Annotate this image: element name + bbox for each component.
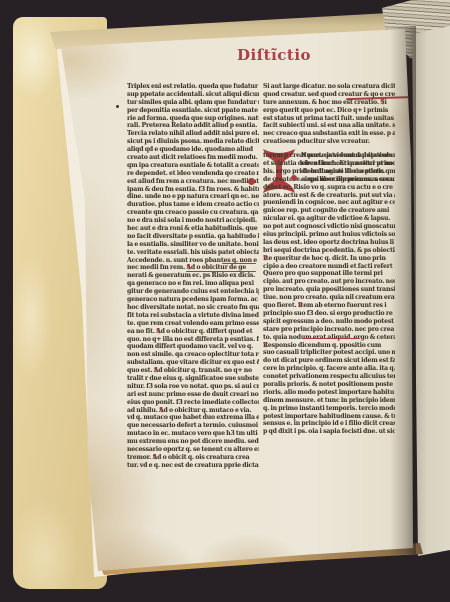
- pilcrow-mark: ¶: [154, 367, 158, 375]
- text-line: est aliud fm rem a creatura. nec medii i…: [127, 178, 259, 186]
- text-line: gnicoe rep. put cognito de creatore ami: [263, 207, 395, 215]
- text-line: nitur. f3 sola roe vo notat. quo ps. si …: [127, 383, 259, 391]
- text-column-right: Si aut large dicatur. no sola creatura d…: [263, 83, 395, 475]
- text-line: la e esntialis. similiter vo de unitate.…: [127, 241, 259, 249]
- text-line: cere in principio. q. facere ante alia. …: [263, 365, 395, 373]
- text-line: ergo querit quo pot ec. Dico q+ i primis: [263, 107, 395, 115]
- red-underline: [302, 338, 360, 339]
- text-line: las deus est. ideo oportz doctrina huius…: [263, 239, 395, 247]
- pilcrow-mark: ¶: [263, 342, 267, 350]
- text-line: atore. actu est & de creaturis. put sut …: [263, 192, 395, 200]
- text-line: ea no fit. ¶ Ad o obicitur q. differt qu…: [127, 328, 259, 336]
- text-line: debet ec. Risio vo q. supra cu actu e o …: [263, 184, 395, 192]
- text-line: quo fieret. ¶ Item ab eterno fuerunt res…: [263, 302, 395, 310]
- text-line: rali. Preterea Relato addit aliud p esnt…: [127, 122, 259, 130]
- pilcrow-mark: ¶: [156, 328, 160, 336]
- text-line: ad nihilu. ¶ Ad o obicitur q. mutaco e v…: [127, 407, 259, 415]
- text-line: non est simile. qa creaco oplectitur tot…: [127, 351, 259, 359]
- text-line: substaliam. que vitare dicitur ex quo es…: [127, 359, 259, 367]
- text-line: no pot aut cognosci vdictio nisi gnoscat…: [263, 223, 395, 231]
- text-line: per deponitia essntiale. sicut ppato mat…: [127, 107, 259, 115]
- text-line: te. que rem creat volendo eam primo esse…: [127, 320, 259, 328]
- text-line: spicit egressum a deo. nullo modo potest: [263, 318, 395, 326]
- text-line: eius principii. primo aut huius vdictois…: [263, 231, 395, 239]
- text-line: potest importare habitudinem cause. & tu…: [263, 413, 395, 421]
- text-line: eius quo ponit. f3 recte imediate collec…: [127, 399, 259, 407]
- text-line: dine. unde no e pp natura creari qn ec. …: [127, 193, 259, 201]
- text-line: rioris. alio modo potest importare habit…: [263, 389, 395, 397]
- text-line: que necessario defert a termio. cuiusmoi…: [127, 422, 259, 430]
- rubric-dot-right: [291, 175, 297, 181]
- text-line: tur. vd e q. nec est de creatura pprie d…: [127, 462, 259, 470]
- text-line: no e dra nisi sola i modo nostri accipie…: [127, 217, 259, 225]
- text-line: necessario oportz q. se tenent cu altero…: [127, 446, 259, 454]
- text-line: conotet privationem respectu alicuius te…: [263, 373, 395, 381]
- text-line: tur similes quia albi. qdam que fundatur…: [127, 99, 259, 107]
- text-line: torem p creaturas. qa videmus p speculum: [263, 152, 395, 160]
- text-line: nerati & generatum ec. ps Risio ex dicis…: [127, 272, 259, 280]
- text-line: gitur de generando cuius est entelechia …: [127, 288, 259, 296]
- text-line: et scientia debent inchoari a nostri ut …: [263, 160, 395, 168]
- text-line: creatioem pducitur sive vcreatur.: [263, 138, 395, 146]
- text-line: aliqd qd e quodamo ide. quodamo aliud: [127, 146, 259, 154]
- text-line: quo. no q+ illa no est differeta p esnti…: [127, 336, 259, 344]
- text-line: fit tota rei substacia a virtute divina …: [127, 312, 259, 320]
- text-line: mu extremu ens no pot dicere mediu. sed: [127, 438, 259, 446]
- text-line: vd q. mutaco que habet duo extrema illa …: [127, 414, 259, 422]
- incunabulum-photo: Diſtĩctio Triplex eni est relatio. queda…: [0, 0, 450, 602]
- text-line: hoc diversitate notat. no sic creato fm …: [127, 304, 259, 312]
- text-line: ari est nunc primo esse de dsuit creari …: [127, 391, 259, 399]
- text-line: nec creaco qua substantia exit in esse. …: [263, 130, 395, 138]
- text-line: q. in primo instanti temporis. tercio mo…: [263, 405, 395, 413]
- text-line: Triplex eni est relatio. queda que fudat…: [127, 83, 259, 91]
- ink-speck: [116, 105, 119, 108]
- text-line: bis. ergo pri debuit agere de creaturis …: [263, 168, 395, 176]
- text-line: sensus e. in principio id e i filio dici…: [263, 420, 395, 428]
- red-underline: [222, 263, 256, 264]
- text-line: generaco natura pcedens ipam forma. ac p: [127, 296, 259, 304]
- text-line: ipam & deu fm esntia. f3 fm roes. & habi…: [127, 186, 259, 194]
- text-line: mutaco in ec. mutaco vero que h3 tm ulti: [127, 430, 259, 438]
- pilcrow-mark: ¶: [298, 302, 302, 310]
- pilcrow-mark: ¶: [380, 99, 384, 107]
- text-line: nicular ei. qa agitur de vdictioe & laps…: [263, 215, 395, 223]
- text-line: cipio. aut pro creato. aut pro increato.…: [263, 278, 395, 286]
- pilcrow-mark: ¶: [159, 407, 163, 415]
- text-line: quo est. ¶ Ad obicitur q. transit. no q+…: [127, 367, 259, 375]
- pilcrow-mark: ¶: [263, 255, 267, 263]
- text-line: ¶ Responsio dicendum q. ppositio cum: [263, 342, 395, 350]
- text-line: rie ad forma. queda que sup origines. na…: [127, 115, 259, 123]
- gutter-shadow: [390, 26, 416, 554]
- text-line: p qd dixit i ps. oia i sapia fecisti dne…: [263, 428, 395, 436]
- text-line: est status ut prima tacti fuit. unde uni…: [263, 115, 395, 123]
- text-line: sicut ps i diuinis psona. media relato d…: [127, 138, 259, 146]
- text-line: tiue. non pro creato. quia nil creatum e…: [263, 294, 395, 302]
- text-line: stare pro principio increato. nec pro cr…: [263, 326, 395, 334]
- paragraph-first: Si aut large dicatur. no sola creatura d…: [263, 83, 395, 146]
- text-line: re dependet. et ideo vendenda qo creato …: [127, 170, 259, 178]
- text-line: pro increato. quia ppositiones sunt tran…: [263, 286, 395, 294]
- text-line: principio suo f3 deo. si ergo productio …: [263, 310, 395, 318]
- text-line: qm ipa creatura esntiale & totalit a cre…: [127, 162, 259, 170]
- text-line: do ut dicat pure ordinem sicut idem est …: [263, 357, 395, 365]
- text-line: quodam differt quodamo vacit. vel vo q.: [127, 343, 259, 351]
- text-line: poralis prioris. & notet positionem post…: [263, 381, 395, 389]
- text-line: te. veritate essriali. his uisis patet o…: [127, 249, 259, 257]
- running-title: Diſtĩctio: [237, 46, 327, 68]
- text-line: pueniendi in cognicoe. nec aut agitur e …: [263, 199, 395, 207]
- text-line: suo casuali tripliciter potest accipi. u…: [263, 349, 395, 357]
- red-underline: [186, 271, 256, 272]
- text-line: Si aut large dicatur. no sola creatura d…: [263, 83, 395, 91]
- text-column-left: Triplex eni est relatio. queda que fudat…: [127, 83, 259, 475]
- text-line: cipio a deo creatore mundi et facti refe…: [263, 263, 395, 271]
- text-line: tremor. ¶ Ad o obicit q. ois creatura cr…: [127, 454, 259, 462]
- text-block: Triplex eni est relatio. queda que fudat…: [127, 83, 395, 475]
- paragraph-body: torem p creaturas. qa videmus p speculum…: [263, 152, 395, 436]
- pilcrow-mark: ¶: [153, 454, 157, 462]
- text-line: tralit r dne eius q. significatoe sue su…: [127, 375, 259, 383]
- text-line: creato aut dicit relatioes fm medii modu…: [127, 154, 259, 162]
- text-line: bri sequi doctrina pcedentia. & ps obiec…: [263, 247, 395, 255]
- text-line: facit subiecti uni. si est una alia unit…: [263, 122, 395, 130]
- text-line: hec aut e dra roni & etia habitudinis. q…: [127, 225, 259, 233]
- text-line: dinem mensure. et tunc in principio idem…: [263, 397, 395, 405]
- text-line: ture annexum. & hoc mo est creatio. ¶ Si: [263, 99, 395, 107]
- text-line: no facit diversitate p esntia. qa habitu…: [127, 233, 259, 241]
- text-line: qa generaco no e fm rei. imo aliqua pexi: [127, 280, 259, 288]
- text-line: de creatore. ergo liber ille primus. n s…: [263, 176, 395, 184]
- text-line: duratioe. plus tame e idem creato actio …: [127, 201, 259, 209]
- rubric-dot-left: [248, 178, 255, 185]
- text-line: creante qm creaco passio cu creatura. qa…: [127, 209, 259, 217]
- text-line: sup ppetate accidentali. sicut aliqui di…: [127, 91, 259, 99]
- text-line: Quero pro quo supponat ille termi pri: [263, 270, 395, 278]
- text-line: Tercia relato nihil aliud addit nisi pur…: [127, 130, 259, 138]
- text-line: ¶ Ite queritur de hoc q. dicit. In uno p…: [263, 255, 395, 263]
